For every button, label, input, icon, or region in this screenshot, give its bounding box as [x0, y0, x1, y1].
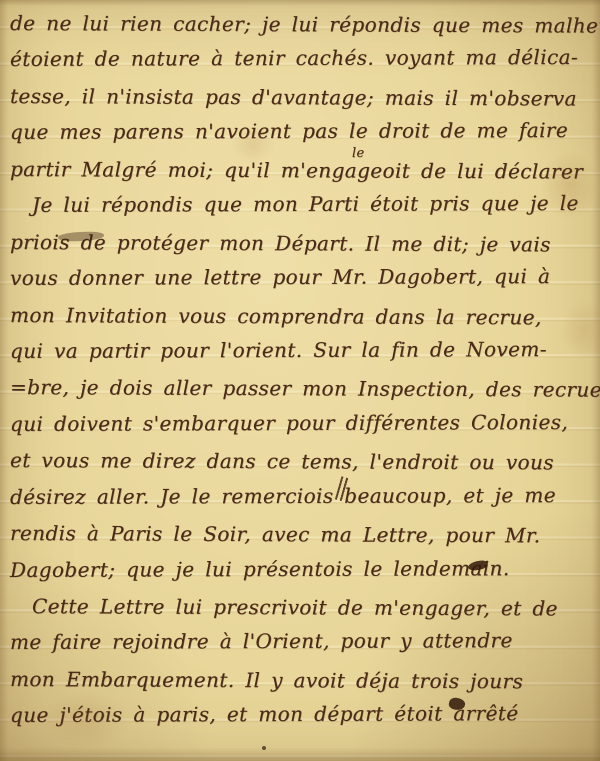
manuscript-line-15: rendis à Paris le Soir, avec ma Lettre, …	[0, 515, 600, 554]
manuscript-line-17: Cette Lettre lui prescrivoit de m'engage…	[0, 588, 600, 627]
manuscript-line-20: que j'étois à paris, et mon départ étoit…	[0, 695, 600, 734]
manuscript-text-block: de ne lui rien cacher; je lui répondis q…	[0, 5, 600, 734]
manuscript-line-14: désirez aller. Je le remerciois beaucoup…	[0, 477, 600, 516]
manuscript-page: de ne lui rien cacher; je lui répondis q…	[0, 0, 600, 761]
manuscript-line-13: et vous me direz dans ce tems, l'endroit…	[0, 442, 600, 481]
interlinear-insertion: le	[352, 146, 364, 161]
manuscript-line-3: tesse, il n'insista pas d'avantage; mais…	[0, 78, 600, 117]
manuscript-line-1: de ne lui rien cacher; je lui répondis q…	[0, 5, 600, 44]
manuscript-line-9: mon Invitation vous comprendra dans la r…	[0, 297, 600, 336]
manuscript-line-10: qui va partir pour l'orient. Sur la fin …	[0, 331, 600, 370]
manuscript-line-2: étoient de nature à tenir cachés. voyant…	[0, 39, 600, 78]
manuscript-line-8: vous donner une lettre pour Mr. Dagobert…	[0, 258, 600, 297]
manuscript-line-7: priois de protéger mon Départ. Il me dit…	[0, 224, 600, 263]
manuscript-line-16: Dagobert; que je lui présentois le lende…	[0, 549, 600, 588]
manuscript-line-11: =bre, je dois aller passer mon Inspectio…	[0, 369, 600, 408]
manuscript-line-12: qui doivent s'embarquer pour différentes…	[0, 404, 600, 443]
manuscript-line-5: partir Malgré moi; qu'il m'engageoit de …	[0, 151, 600, 190]
ink-speck	[262, 746, 266, 750]
manuscript-line-4: que mes parens n'avoient pas le droit de…	[0, 112, 600, 151]
manuscript-line-6: Je lui répondis que mon Parti étoit pris…	[0, 185, 600, 224]
manuscript-line-19: mon Embarquement. Il y avoit déja trois …	[0, 661, 600, 700]
manuscript-line-18: me faire rejoindre à l'Orient, pour y at…	[0, 622, 600, 661]
